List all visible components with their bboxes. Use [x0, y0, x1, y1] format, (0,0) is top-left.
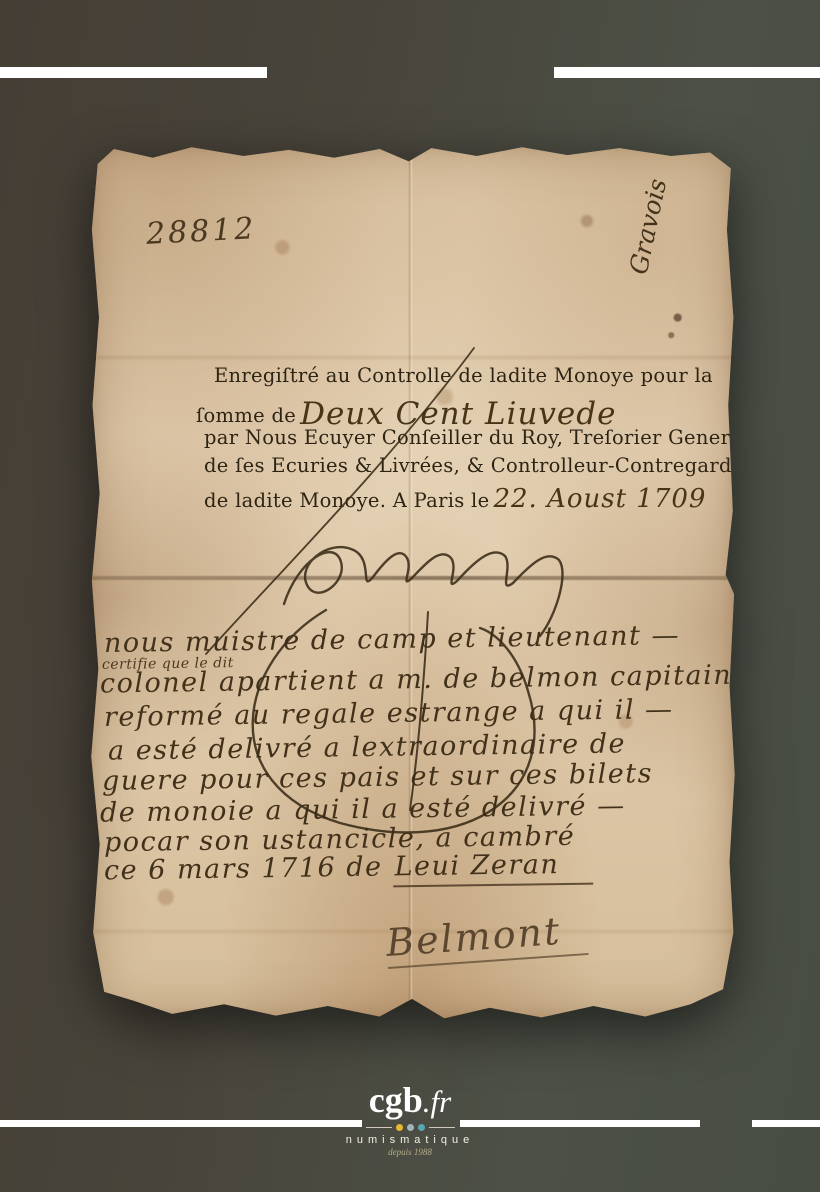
belmont-signature: Belmont — [385, 907, 589, 965]
horizontal-fold-crease — [88, 576, 736, 580]
teal-dot-icon — [418, 1124, 425, 1131]
page-root: 28812 Gravois Enregiſtré au Controlle de… — [0, 0, 820, 1192]
horizontal-fold-crease-faint — [88, 356, 736, 359]
manuscript-date-line: ce 6 mars 1716 de Leui Zeran — [104, 849, 594, 887]
cgb-logo-name: cgb — [369, 1080, 423, 1120]
grayblue-dot-icon — [407, 1124, 414, 1131]
cgb-logo-brand: cgb.fr — [308, 1082, 512, 1120]
logo-since: depuis 1988 — [308, 1147, 512, 1157]
decor-bar-top-left — [0, 67, 267, 78]
manuscript-line: nous muistre de camp et lieutenant — — [104, 620, 680, 659]
cgb-logo: cgb.fr numismatique depuis 1988 — [308, 1082, 512, 1157]
divider-line-left-icon — [366, 1127, 392, 1128]
printed-line-5: de ladite Monoye. A Paris le22. Aoust 17… — [204, 484, 706, 514]
cgb-logo-tld: .fr — [423, 1084, 451, 1119]
decor-bar-bottom-right — [752, 1120, 820, 1127]
gold-dot-icon — [396, 1124, 403, 1131]
logo-tagline: numismatique — [308, 1134, 512, 1146]
manuscript-underlined-name: Leui Zeran — [392, 849, 593, 888]
printed-line-5-prefix: de ladite Monoye. A Paris le — [204, 489, 489, 512]
decor-bar-top-right — [554, 67, 820, 78]
printed-line-3: par Nous Ecuyer Conſeiller du Roy, Treſo… — [204, 426, 749, 449]
manuscript-date-line-prefix: ce 6 mars 1716 de — [104, 852, 383, 887]
printed-line-4: de ſes Ecuries & Livrées, & Controlleur-… — [204, 454, 744, 477]
document-photo: 28812 Gravois Enregiſtré au Controlle de… — [88, 142, 736, 1020]
serial-number: 28812 — [145, 211, 257, 252]
vertical-fold-crease — [408, 142, 413, 1020]
printed-line-1: Enregiſtré au Controlle de ladite Monoye… — [214, 364, 713, 387]
manuscript-line: reformé au regale estrange a qui il — — [104, 694, 674, 733]
rotated-margin-signature: Gravois — [612, 121, 684, 332]
printed-line-2: ſomme deDeux Cent Liuvede — [196, 394, 616, 430]
aged-paper: 28812 Gravois Enregiſtré au Controlle de… — [88, 142, 736, 1020]
printed-line-2-prefix: ſomme de — [196, 404, 296, 427]
manuscript-date: 22. Aoust 1709 — [493, 484, 706, 514]
belmont-signature-text: Belmont — [385, 907, 589, 969]
divider-line-right-icon — [429, 1127, 455, 1128]
logo-divider — [308, 1124, 512, 1131]
